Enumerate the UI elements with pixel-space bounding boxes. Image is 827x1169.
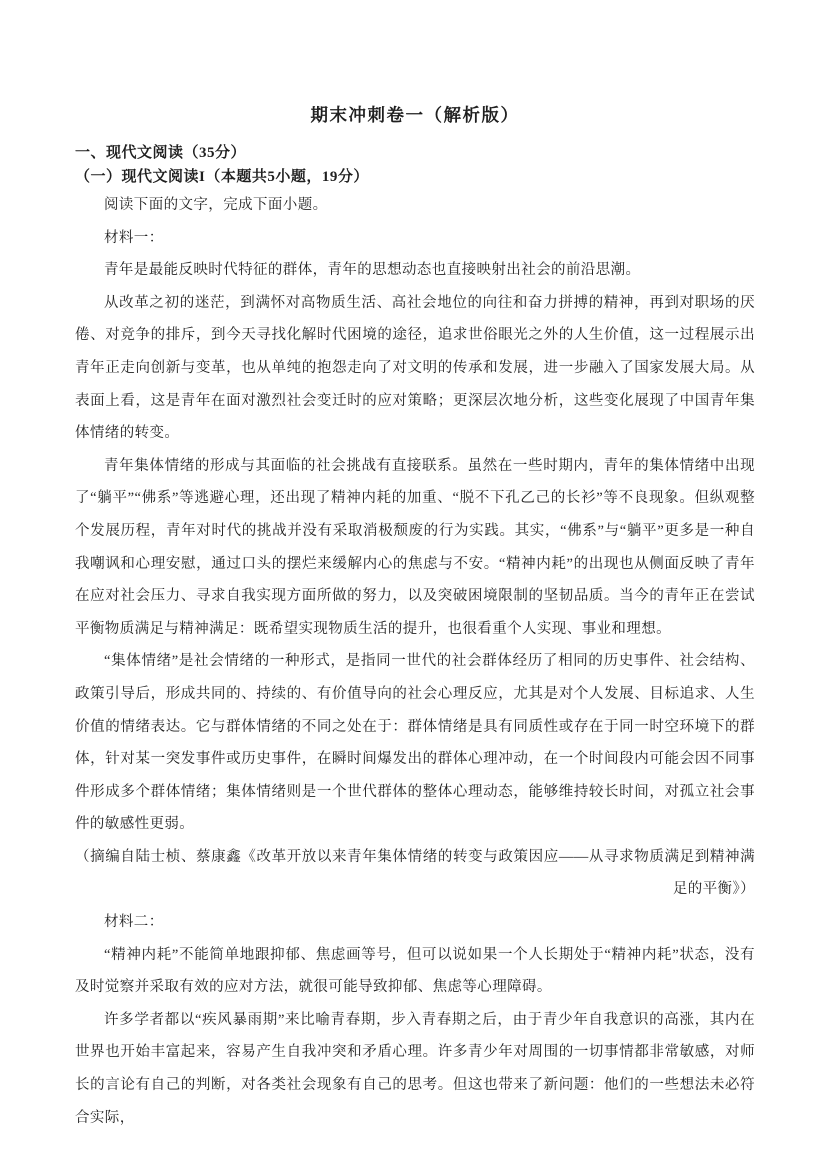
instruction-line: 阅读下面的文字，完成下面小题。 — [75, 189, 755, 222]
material-1-paragraph-3: 青年集体情绪的形成与其面临的社会挑战有直接联系。虽然在一些时期内，青年的集体情绪… — [75, 450, 755, 646]
section-heading-modern-reading: 一、现代文阅读（35分） — [75, 142, 755, 165]
material-2-paragraph-2: 许多学者都以“疾风暴雨期”来比喻青春期，步入青春期之后，由于青少年自我意识的高涨… — [75, 1004, 755, 1134]
material-2-label: 材料二： — [75, 906, 755, 939]
material-1-paragraph-4: “集体情绪”是社会情绪的一种形式，是指同一世代的社会群体经历了相同的历史事件、社… — [75, 645, 755, 841]
material-1-label: 材料一： — [75, 222, 755, 255]
exam-document-page: 期末冲刺卷一（解析版） 一、现代文阅读（35分） （一）现代文阅读I（本题共5小… — [0, 0, 827, 1169]
material-2-paragraph-1: “精神内耗”不能简单地跟抑郁、焦虑画等号，但可以说如果一个人长期处于“精神内耗”… — [75, 939, 755, 1004]
material-1-citation: （摘编自陆士桢、蔡康鑫《改革开放以来青年集体情绪的转变与政策因应——从寻求物质满… — [75, 841, 755, 906]
material-1-paragraph-2: 从改革之初的迷茫，到满怀对高物质生活、高社会地位的向往和奋力拼搏的精神，再到对职… — [75, 287, 755, 450]
document-body: 阅读下面的文字，完成下面小题。 材料一： 青年是最能反映时代特征的群体，青年的思… — [75, 189, 755, 1134]
page-title: 期末冲刺卷一（解析版） — [75, 102, 755, 129]
material-1-paragraph-1: 青年是最能反映时代特征的群体，青年的思想动态也直接映射出社会的前沿思潮。 — [75, 254, 755, 287]
subsection-heading-reading-1: （一）现代文阅读I（本题共5小题，19分） — [75, 165, 755, 189]
